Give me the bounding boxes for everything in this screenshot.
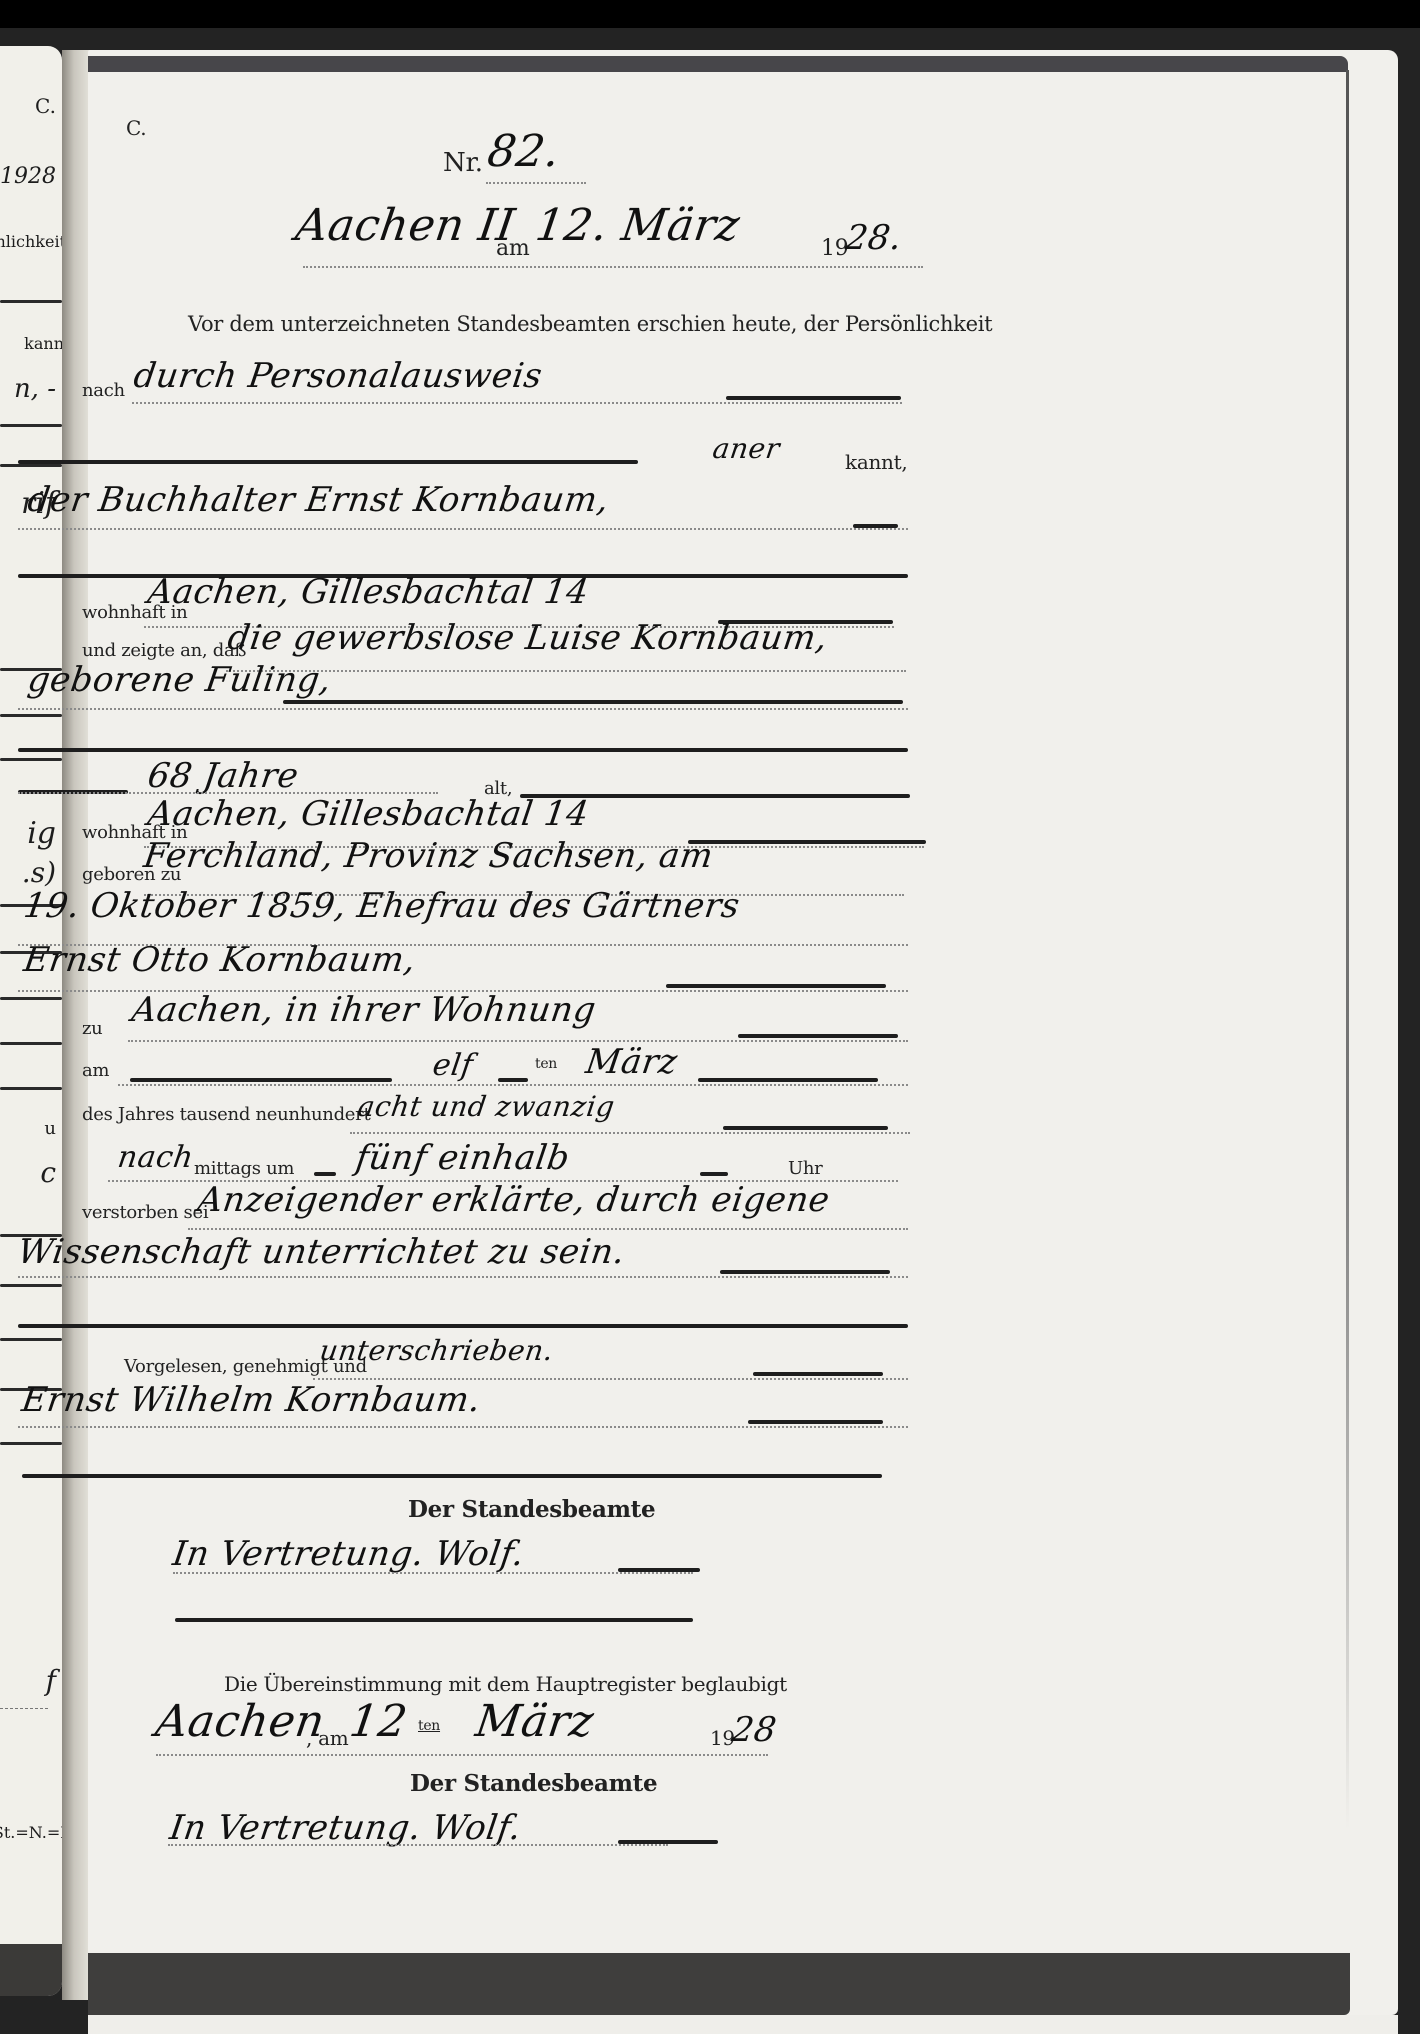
death-month: März bbox=[583, 1042, 680, 1082]
left-footer-code: St.=N.=B bbox=[0, 1823, 62, 1842]
fill-dash bbox=[498, 1078, 528, 1082]
reported-label: und zeigte an, daß bbox=[82, 640, 246, 661]
registrar-label: Der Standesbeamte bbox=[408, 1496, 655, 1523]
fill-dash bbox=[130, 1078, 392, 1082]
fill-dash bbox=[753, 1372, 883, 1376]
deceased-name-line2: geborene Fuling, bbox=[25, 660, 334, 700]
fill-dash bbox=[748, 1420, 883, 1424]
fill-dash bbox=[18, 460, 638, 464]
fill-dash bbox=[726, 396, 901, 400]
left-rule bbox=[0, 997, 62, 1000]
fill-dash bbox=[666, 984, 886, 988]
birth-line2: 19. Oktober 1859, Ehefrau des Gärtners bbox=[21, 886, 742, 926]
declaration-line1: Anzeigender erklärte, durch eigene bbox=[195, 1180, 832, 1220]
dotted-line bbox=[118, 1084, 908, 1086]
dotted-line bbox=[486, 182, 586, 184]
before-after-noon: nach bbox=[116, 1140, 196, 1175]
cert-place: Aachen bbox=[152, 1696, 328, 1747]
fill-dash bbox=[853, 524, 898, 528]
dotted-line bbox=[18, 1276, 908, 1278]
left-fragment-letter: C. bbox=[35, 94, 56, 118]
dotted-line bbox=[18, 1426, 908, 1428]
death-place: Aachen, in ihrer Wohnung bbox=[129, 990, 598, 1030]
death-year-words: acht und zwanzig bbox=[356, 1090, 617, 1123]
declaration-line2: Wissenschaft unterrichtet zu sein. bbox=[15, 1232, 627, 1272]
corner-letter: C. bbox=[126, 116, 146, 140]
cert-month: März bbox=[472, 1696, 597, 1747]
fill-dash bbox=[175, 1618, 693, 1622]
left-fragment-hand: ig bbox=[27, 816, 56, 851]
kannt-label: kannt, bbox=[845, 450, 907, 474]
page-bottom-margin bbox=[88, 2015, 1398, 2034]
registrar-signature-2: In Vertretung. Wolf. bbox=[167, 1808, 524, 1848]
intro-text: Vor dem unterzeichneten Standesbeamten e… bbox=[188, 312, 992, 336]
number-label: Nr. bbox=[443, 148, 483, 178]
left-fragment-hand: c bbox=[40, 1156, 56, 1189]
year-label: des Jahres tausend neunhundert bbox=[82, 1104, 370, 1125]
fill-dash bbox=[700, 1172, 728, 1176]
dotted-line bbox=[173, 1572, 693, 1574]
cert-am-label: , am bbox=[306, 1726, 348, 1750]
fill-dash bbox=[314, 1172, 336, 1176]
fill-dash bbox=[738, 1034, 898, 1038]
fill-dash bbox=[723, 1126, 888, 1130]
registry-year: 28. bbox=[843, 218, 904, 258]
cert-ten-label: ten bbox=[418, 1718, 440, 1734]
deceased-age: 68 Jahre bbox=[145, 756, 301, 796]
nach-label: nach bbox=[82, 380, 125, 401]
left-rule bbox=[0, 1284, 62, 1287]
image-viewport[interactable]: C. 1928 sönlichkeit kann n, - rif ig .s)… bbox=[0, 28, 1420, 2034]
left-fragment-text: sönlichkeit bbox=[0, 232, 62, 251]
dotted-line bbox=[128, 1040, 908, 1042]
certification-label: Die Übereinstimmung mit dem Hauptregiste… bbox=[224, 1672, 787, 1696]
dotted-line bbox=[18, 708, 908, 710]
register-page: C. Nr. 82. Aachen II am 12. März 19 28. … bbox=[88, 50, 1398, 2015]
left-page-fragment: C. 1928 sönlichkeit kann n, - rif ig .s)… bbox=[0, 46, 62, 1996]
left-bottom-band bbox=[0, 1944, 62, 1996]
am-label-2: am bbox=[82, 1060, 109, 1081]
registrar-signature: In Vertretung. Wolf. bbox=[170, 1534, 527, 1574]
death-time: fünf einhalb bbox=[353, 1138, 572, 1178]
dotted-line bbox=[18, 528, 908, 530]
fill-dash bbox=[688, 840, 926, 844]
left-rule bbox=[0, 1087, 62, 1090]
informant-signature: Ernst Wilhelm Kornbaum. bbox=[19, 1380, 483, 1420]
registrar-label-2: Der Standesbeamte bbox=[410, 1770, 657, 1797]
dotted-line bbox=[156, 1754, 768, 1756]
registry-place: Aachen II bbox=[292, 200, 518, 251]
left-rule bbox=[0, 464, 62, 467]
dotted-line bbox=[168, 1844, 668, 1846]
informant-name: der Buchhalter Ernst Kornbaum, bbox=[25, 480, 611, 520]
fill-dash bbox=[18, 1324, 908, 1328]
left-fragment-text: u bbox=[44, 1118, 56, 1139]
left-rule bbox=[0, 424, 62, 427]
left-rule bbox=[0, 300, 62, 303]
left-fragment-year: 1928 bbox=[0, 164, 56, 189]
fill-dash bbox=[18, 748, 908, 752]
cert-year: 28 bbox=[729, 1710, 779, 1750]
fill-dash bbox=[22, 1474, 882, 1478]
dotted-line bbox=[132, 402, 902, 404]
left-rule bbox=[0, 714, 62, 717]
fill-dash bbox=[698, 1078, 878, 1082]
fill-dash bbox=[618, 1568, 700, 1572]
left-fragment-hand: f bbox=[46, 1664, 56, 1697]
deceased-name-line1: die gewerbslose Luise Kornbaum, bbox=[225, 618, 830, 658]
informant-residence: Aachen, Gillesbachtal 14 bbox=[145, 572, 591, 612]
dotted-line bbox=[350, 1132, 910, 1134]
right-border-line bbox=[1346, 70, 1349, 1830]
registry-date: 12. März bbox=[532, 200, 743, 251]
dotted-line bbox=[303, 266, 923, 268]
bottom-band bbox=[88, 1953, 1350, 2015]
left-fragment-hand: .s) bbox=[22, 856, 56, 889]
window-title-bar: /Abt_Rheinland/PA_3103/~001/00144a/R_PA_… bbox=[0, 0, 1420, 28]
fill-dash bbox=[720, 1270, 890, 1274]
zu-label: zu bbox=[82, 1018, 102, 1039]
left-rule bbox=[0, 1338, 62, 1341]
left-rule bbox=[0, 1042, 62, 1045]
ten-label: ten bbox=[535, 1056, 557, 1072]
mittags-label: mittags um bbox=[194, 1158, 294, 1179]
left-rule bbox=[0, 758, 62, 761]
death-day: elf bbox=[431, 1048, 476, 1083]
birth-line1: Ferchland, Provinz Sachsen, am bbox=[141, 836, 715, 876]
register-number: 82. bbox=[484, 126, 563, 177]
am-label: am bbox=[496, 236, 529, 261]
identity-basis: durch Personalausweis bbox=[131, 356, 545, 396]
top-band bbox=[88, 56, 1348, 72]
left-dotted-line bbox=[0, 1708, 48, 1709]
left-rule bbox=[0, 1442, 62, 1445]
known-word: aner bbox=[711, 432, 782, 465]
left-fragment-text: kann bbox=[24, 334, 62, 353]
verstorben-label: verstorben sei bbox=[82, 1202, 208, 1223]
cert-day: 12 bbox=[346, 1696, 410, 1747]
signed-word: unterschrieben. bbox=[318, 1334, 556, 1367]
birth-line3: Ernst Otto Kornbaum, bbox=[21, 940, 418, 980]
fill-dash bbox=[618, 1840, 718, 1844]
left-fragment-hand: n, - bbox=[14, 374, 56, 404]
deceased-residence: Aachen, Gillesbachtal 14 bbox=[145, 794, 591, 834]
fill-dash bbox=[283, 700, 903, 704]
uhr-label: Uhr bbox=[788, 1158, 822, 1179]
dotted-line bbox=[188, 1228, 908, 1230]
